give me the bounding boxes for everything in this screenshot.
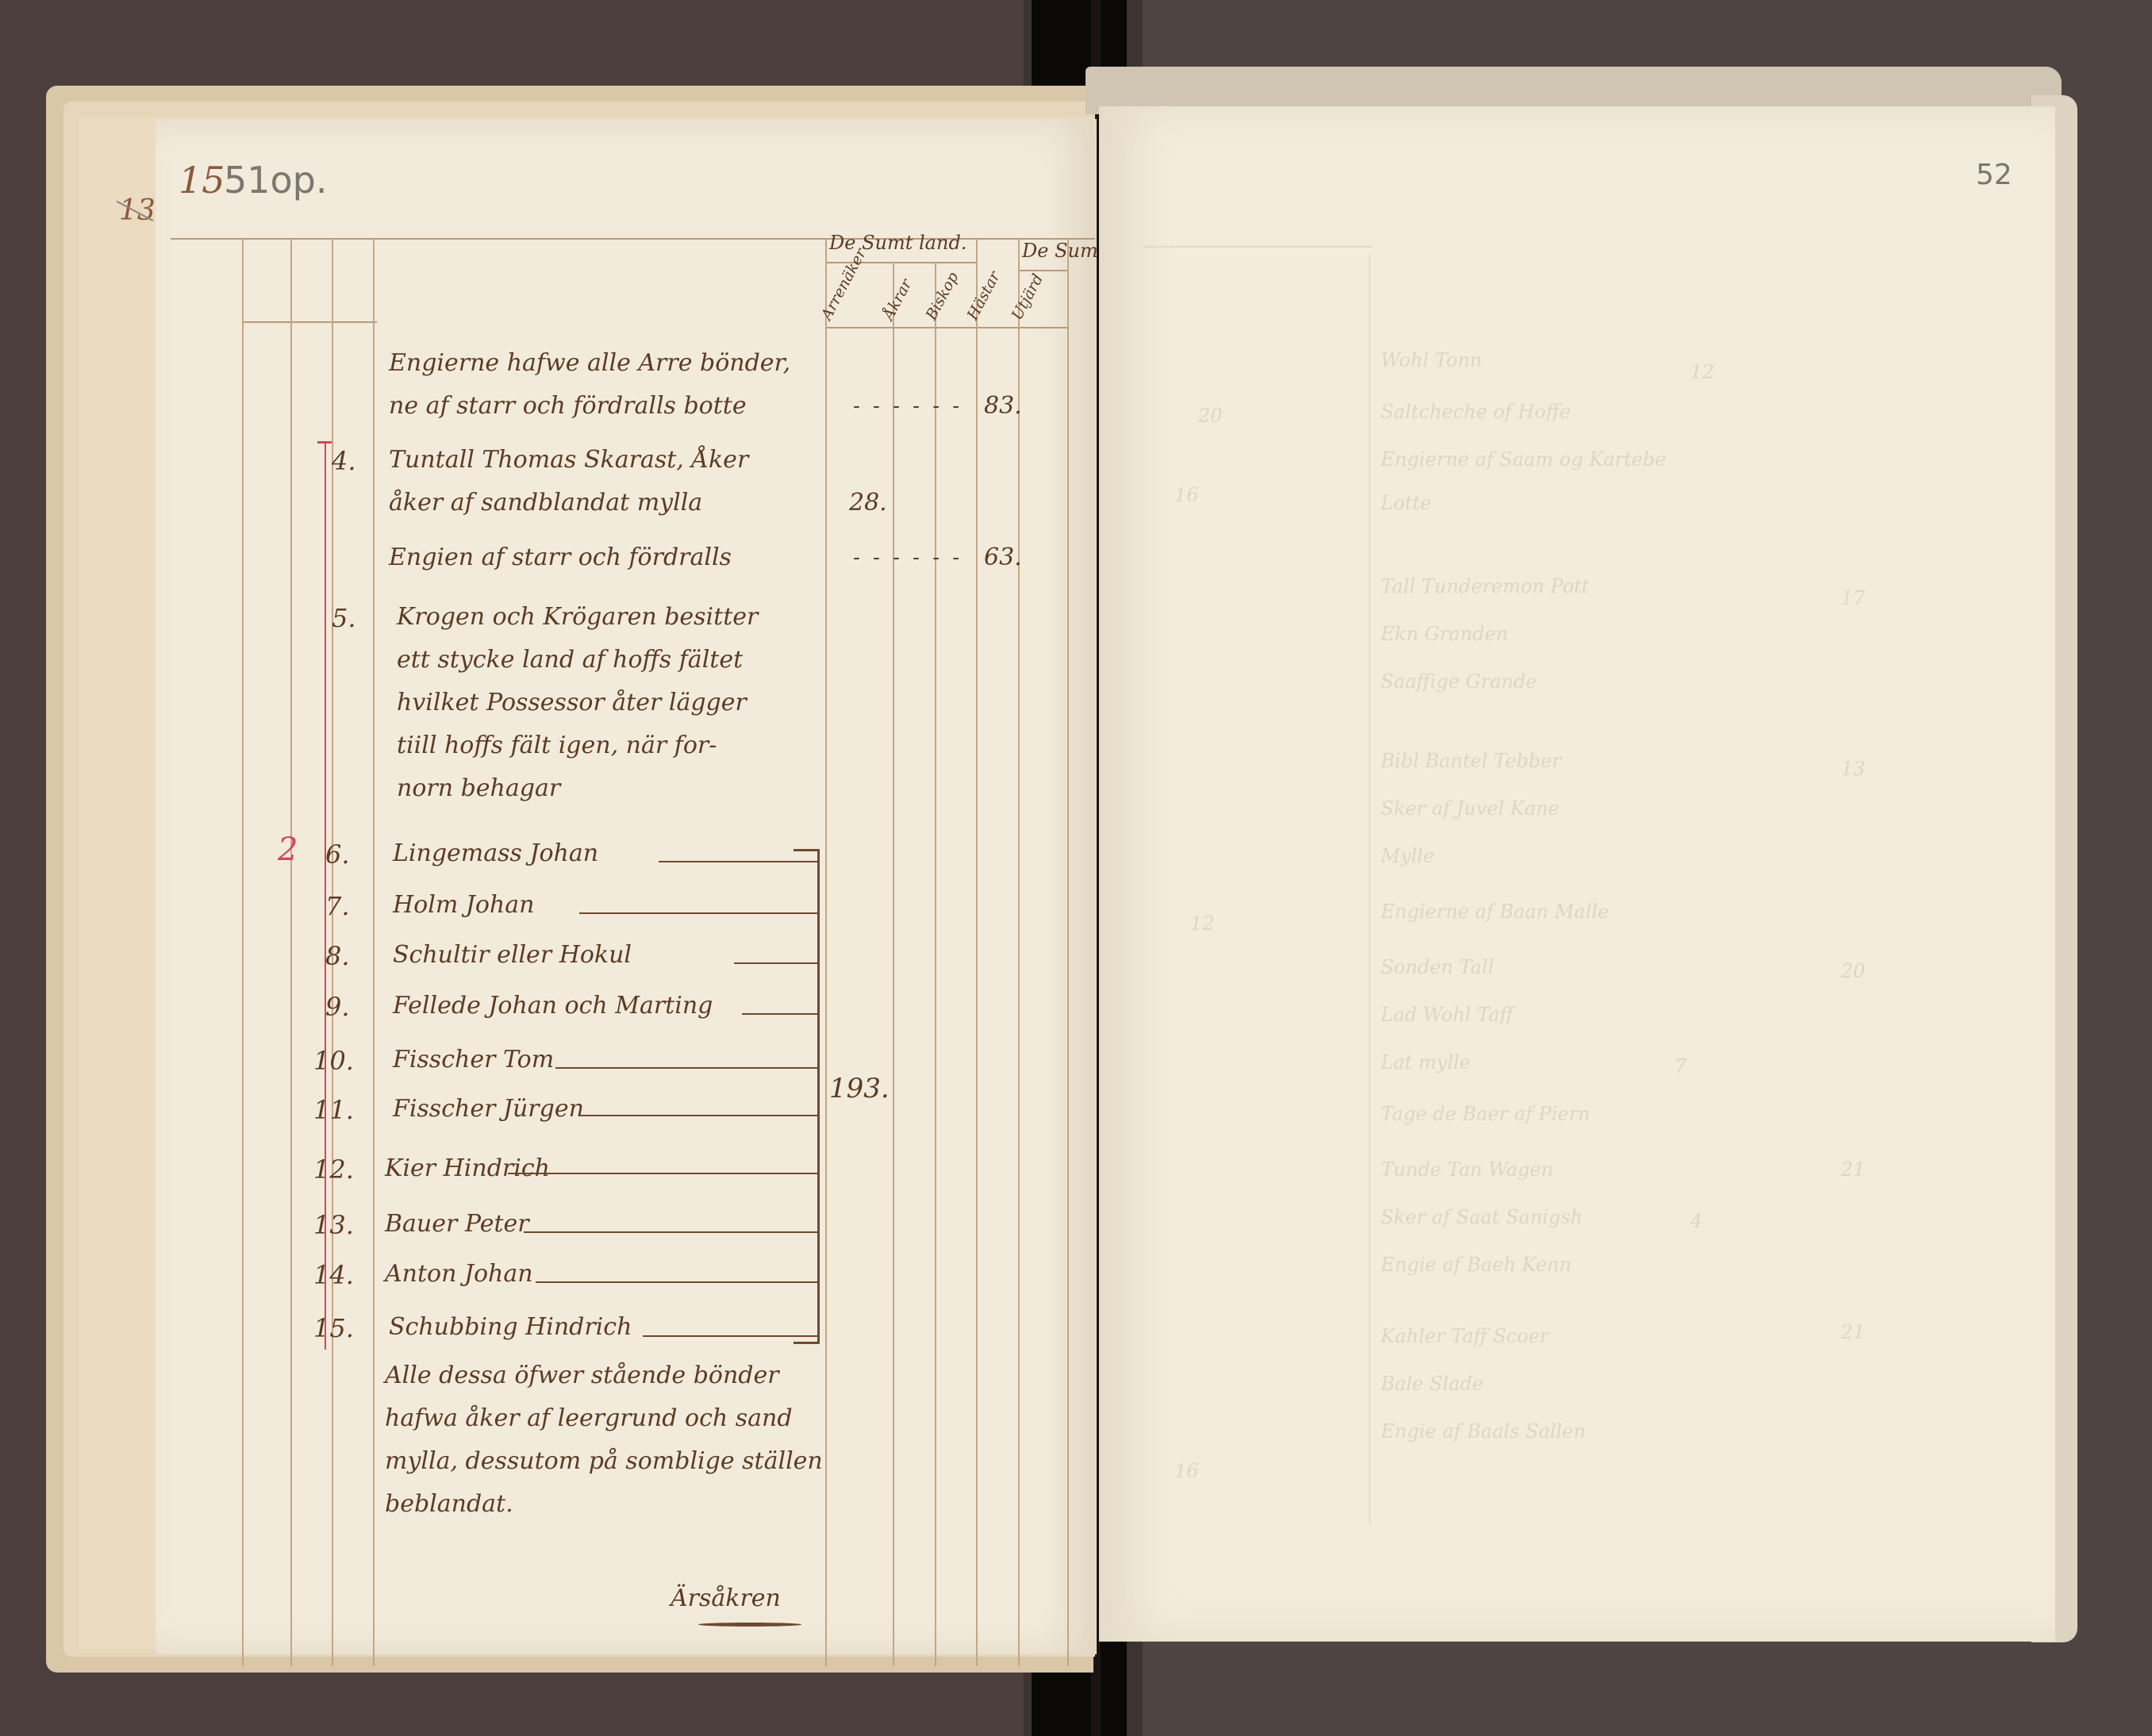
row-number: 11.: [313, 1095, 354, 1125]
entry-line: norn behagar: [397, 774, 560, 802]
red-bracket-top: [317, 441, 332, 444]
entry-amount-83: 83.: [984, 392, 1022, 420]
bleed-through-number: 17: [1841, 587, 1866, 609]
signature-flourish: [698, 1623, 801, 1627]
row-leader-line: [508, 1173, 817, 1174]
row-name: Kier Hindrich: [385, 1154, 550, 1182]
folio-number-ink: 15: [179, 159, 225, 202]
bleed-through-number: 13: [1841, 758, 1866, 780]
bleed-through-number: 4: [1690, 1210, 1702, 1232]
column-rule-akrar: [893, 262, 894, 1666]
page-number-right: 52: [1976, 159, 2012, 191]
entry-line: tiill hoffs fält igen, när for-: [397, 732, 717, 759]
bleed-through-text: Engierne af Saam og Kartebe: [1381, 448, 1666, 470]
bleed-through-text: Sonden Tall: [1381, 956, 1494, 978]
entry-line: åker af sandblandat mylla: [389, 489, 702, 517]
row-name: Fisscher Tom: [393, 1046, 554, 1073]
row-number: 8.: [325, 941, 350, 971]
entry-line: Engierne hafwe alle Arre bönder,: [389, 349, 790, 377]
closing-line: mylla, dessutom på somblige ställen: [385, 1447, 823, 1475]
row-name: Anton Johan: [385, 1260, 533, 1288]
bleed-through-number: 21: [1841, 1321, 1866, 1343]
right-page: [1099, 106, 2055, 1642]
bleed-through-text: Tage de Baer af Piern: [1381, 1103, 1590, 1125]
bleed-through-text: Lotte: [1381, 492, 1431, 514]
row-number: 6.: [325, 839, 350, 870]
margin-header-rule: [242, 321, 377, 323]
red-margin-mark: 2: [278, 832, 298, 868]
text-column-left-rule: [373, 238, 375, 1666]
closing-line: Alle dessa öfwer stående bönder: [385, 1362, 779, 1389]
bleed-through-text: Kahler Taff Scoer: [1381, 1325, 1549, 1347]
signature: Ärsåkren: [671, 1584, 781, 1612]
column-header-bottom-rule: [825, 327, 1067, 328]
bleed-through-text: Saltcheche of Hoffe: [1381, 401, 1570, 423]
row-number: 9.: [325, 992, 350, 1022]
row-name: Lingemass Johan: [393, 839, 598, 867]
row-number: 12.: [313, 1154, 354, 1185]
row-name: Schubbing Hindrich: [389, 1313, 632, 1341]
names-bracket: [794, 849, 820, 1344]
bleed-through-text: Mylle: [1381, 845, 1435, 867]
margin-rule-1: [242, 238, 244, 1666]
entry-dashes: - - - - - -: [853, 394, 963, 418]
column-rule-utjard: [1018, 238, 1020, 1666]
closing-line: hafwa åker af leergrund och sand: [385, 1404, 793, 1432]
row-leader-line: [643, 1335, 817, 1337]
row-name: Fisscher Jürgen: [393, 1095, 584, 1123]
bleed-through-number: 20: [1198, 405, 1223, 427]
row-number: 13.: [313, 1210, 354, 1240]
row-leader-line: [524, 1231, 817, 1233]
column-rule-right: [1067, 238, 1069, 1666]
column-group-label-1: De Sumt land.: [829, 232, 966, 254]
entry-amount-63: 63.: [984, 543, 1022, 571]
row-leader-line: [579, 1115, 817, 1116]
bleed-through-number: 21: [1841, 1158, 1866, 1181]
column-group-label-2: De Sumr: [1022, 240, 1107, 262]
margin-rule-2: [290, 238, 292, 1666]
entry-number: 5.: [332, 603, 356, 633]
bleed-through-text: Tall Tunderemon Pott: [1381, 575, 1589, 597]
bleed-through-number: 12: [1190, 912, 1215, 935]
entry-line: Krogen och Krögaren besitter: [397, 603, 758, 631]
entry-line: ett stycke land af hoffs fältet: [397, 646, 743, 674]
bleed-through-text: Bale Slade: [1381, 1373, 1483, 1395]
bleed-through-text: Lat mylle: [1381, 1051, 1470, 1073]
entry-line: hvilket Possessor åter lägger: [397, 689, 747, 716]
bleed-rule: [1143, 246, 1373, 248]
row-name: Schultir eller Hokul: [393, 941, 632, 969]
bleed-through-text: Bibl Bantel Tebber: [1381, 750, 1561, 772]
row-number: 14.: [313, 1260, 354, 1290]
row-leader-line: [536, 1281, 817, 1283]
row-name: Fellede Johan och Marting: [393, 992, 713, 1020]
row-number: 15.: [313, 1313, 354, 1343]
bleed-through-number: 16: [1174, 484, 1199, 506]
column-rule-biskop: [935, 262, 936, 1666]
bleed-through-number: 20: [1841, 960, 1866, 982]
closing-line: beblandat.: [385, 1490, 513, 1518]
bleed-through-number: 16: [1174, 1460, 1199, 1482]
crossed-folio-number: 13: [119, 194, 156, 227]
entry-line: ne af starr och fördralls botte: [389, 392, 747, 420]
folio-number-pencil: 51op.: [224, 159, 328, 202]
bleed-through-text: Sker af Saat Sanigsh: [1381, 1206, 1582, 1228]
bleed-through-text: Saaffige Grande: [1381, 670, 1537, 693]
bleed-through-text: Engie af Baeh Kenn: [1381, 1254, 1571, 1276]
entry-line: Engien af starr och fördralls: [389, 543, 732, 571]
bracket-total-193: 193.: [829, 1073, 890, 1104]
bleed-through-number: 7: [1674, 1055, 1686, 1077]
bleed-rule: [1369, 254, 1370, 1523]
row-name: Holm Johan: [393, 891, 534, 919]
entry-line: Tuntall Thomas Skarast, Åker: [389, 446, 748, 474]
bleed-through-text: Lad Wohl Taff: [1381, 1004, 1513, 1026]
bleed-through-text: Tunde Tan Wagen: [1381, 1158, 1554, 1181]
group-header-rule-2: [1020, 270, 1067, 271]
row-number: 7.: [325, 891, 350, 921]
entry-number: 4.: [332, 446, 356, 476]
bleed-through-text: Sker af Juvel Kane: [1381, 797, 1559, 820]
row-name: Bauer Peter: [385, 1210, 529, 1238]
bleed-through-text: Ekn Granden: [1381, 623, 1508, 645]
entry-amount-28: 28.: [849, 489, 887, 517]
column-rule-arrenaker: [825, 238, 827, 1666]
bleed-through-text: Engie af Baals Sallen: [1381, 1420, 1585, 1442]
bleed-through-text: Wohl Tonn: [1381, 349, 1482, 371]
row-number: 10.: [313, 1046, 354, 1076]
bleed-through-number: 12: [1690, 361, 1715, 383]
column-rule-hastar: [976, 238, 978, 1666]
row-leader-line: [579, 912, 817, 914]
bleed-through-text: Engierne af Baan Malle: [1381, 901, 1609, 923]
entry-dashes: - - - - - -: [853, 546, 963, 570]
row-leader-line: [555, 1067, 817, 1069]
